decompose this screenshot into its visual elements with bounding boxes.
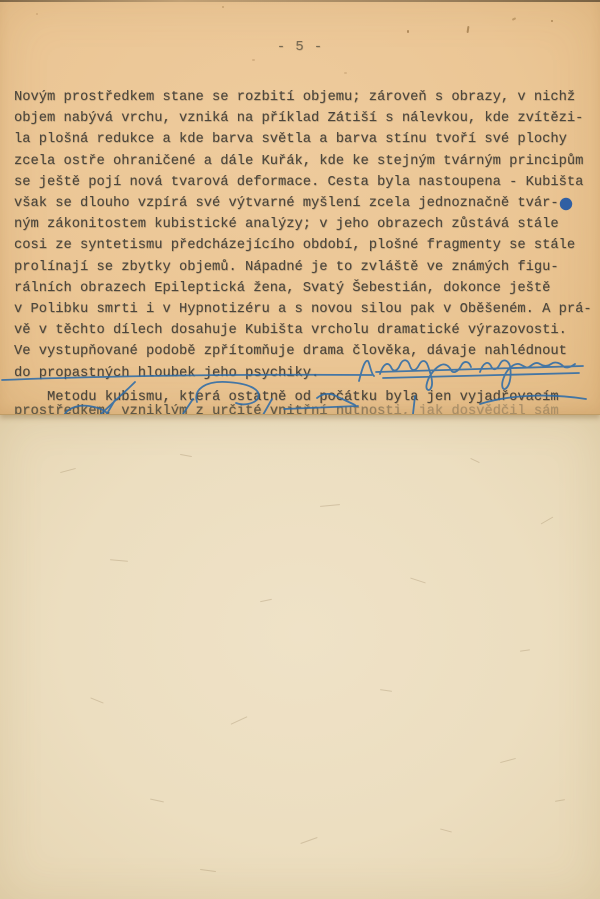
paper-speck	[344, 72, 347, 74]
paper-fiber	[260, 599, 272, 602]
paper-fiber	[555, 799, 565, 802]
paper-fiber	[300, 837, 317, 844]
paper-fiber	[500, 758, 516, 763]
paper-speck	[551, 20, 553, 22]
paper-speck	[222, 6, 224, 8]
typed-line: v Polibku smrti i v Hypnotizéru a s novo…	[14, 299, 600, 320]
paper-fiber	[440, 828, 452, 832]
typed-line: ným zákonitostem kubistické analýzy; v j…	[14, 214, 600, 235]
paper-fiber	[410, 578, 426, 584]
scan-edge-shadow	[0, 0, 600, 2]
typed-line: se ještě pojí nová tvarová deformace. Ce…	[14, 172, 600, 193]
paper-fiber	[380, 689, 392, 692]
typed-line: cosi ze syntetismu předcházejícího obdob…	[14, 235, 600, 256]
paper-fiber	[541, 517, 554, 525]
paper-fiber	[200, 869, 216, 872]
typed-page: - 5 - Novým prostředkem stane se rozbití…	[0, 0, 600, 415]
paper-fiber	[520, 649, 530, 651]
typed-line: Novým prostředkem stane se rozbití objem…	[14, 87, 600, 108]
paper-speck	[512, 17, 516, 21]
paper-fiber	[110, 559, 128, 562]
typed-line: do propastných hloubek jeho psychiky.	[14, 363, 600, 384]
paper-fiber	[320, 504, 340, 507]
scanned-document: - 5 - Novým prostředkem stane se rozbití…	[0, 0, 600, 899]
paper-fiber	[180, 454, 192, 457]
paper-speck	[252, 59, 255, 61]
typed-line: rálních obrazech Epileptická žena, Svatý…	[14, 278, 600, 299]
typed-line: la plošná redukce a kde barva světla a b…	[14, 129, 600, 150]
paper-speck	[36, 13, 38, 15]
blank-backing-page	[0, 414, 600, 899]
typed-line: vě v těchto dílech dosahuje Kubišta vrch…	[14, 320, 600, 341]
typed-line: prolínají se zbytky objemů. Nápadné je t…	[14, 257, 600, 278]
typed-text: Novým prostředkem stane se rozbití objem…	[14, 87, 600, 415]
typed-line: Ve vystupňované podobě zpřítomňuje drama…	[14, 341, 600, 362]
typed-line: zcela ostře ohraničené a dále Kuřák, kde…	[14, 151, 600, 172]
paper-fiber	[60, 468, 76, 473]
paper-fiber	[470, 458, 479, 463]
paper-fiber	[90, 697, 103, 703]
paper-fiber	[150, 799, 164, 803]
typed-line: objem nabývá vrchu, vzniká na příklad Zá…	[14, 108, 600, 129]
paper-fiber	[231, 716, 248, 725]
page-number: - 5 -	[0, 40, 600, 55]
paper-speck	[467, 26, 470, 33]
paper-speck	[407, 30, 409, 33]
typed-line: prostředkem, vzniklým z určité vnitřní n…	[14, 401, 600, 415]
typed-line: však se dlouho vzpírá své výtvarné myšle…	[14, 193, 600, 214]
